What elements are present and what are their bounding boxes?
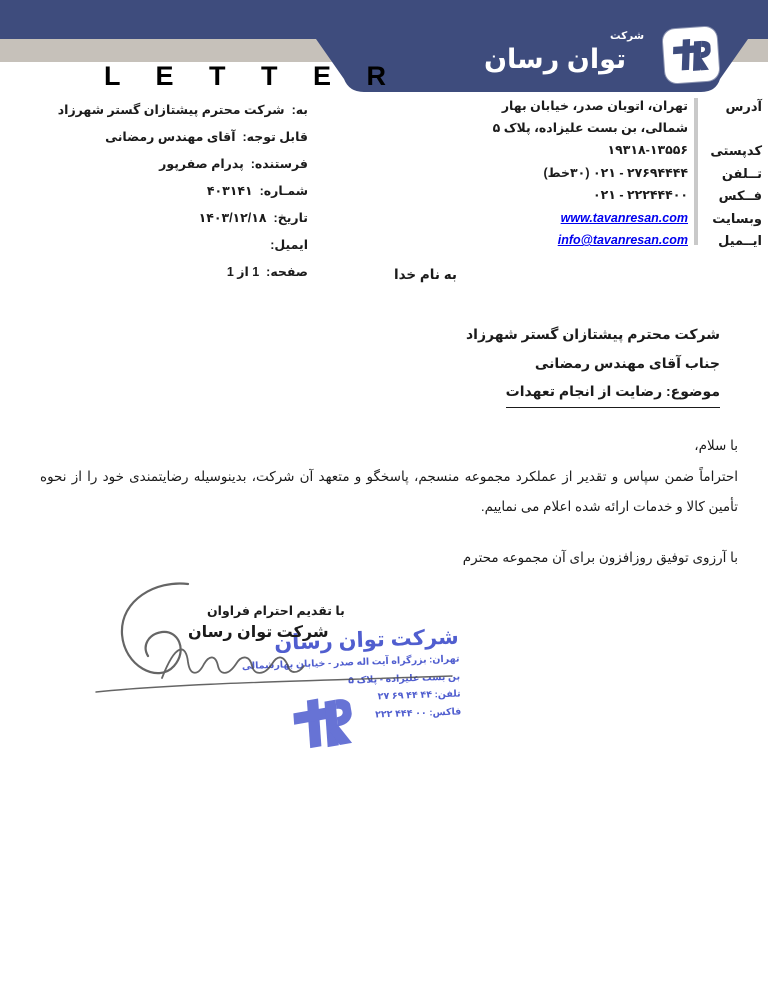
recipient-block: شرکت محترم پیشتازان گستر شهرزاد جناب آقا… <box>466 320 720 408</box>
meta-label: به: <box>292 97 308 124</box>
contact-label: تــلفن <box>704 163 762 185</box>
meta-label: قابل توجه: <box>243 124 309 151</box>
contact-row-website: وبسایت www.tavanresan.com <box>462 208 762 230</box>
logo-company-name: توان رسان <box>484 44 660 75</box>
signature-name-scribble <box>162 649 304 678</box>
subject-line: موضوع: رضایت از انجام تعهدات <box>466 377 720 408</box>
contact-label: کدپستی <box>704 140 762 162</box>
contact-value: ۲۲۲۴۴۴۰۰ - ۰۲۱ <box>492 185 688 207</box>
meta-value: ۱۴۰۳/۱۲/۱۸ <box>199 205 267 232</box>
contact-gap <box>688 230 704 252</box>
email-link[interactable]: info@tavanresan.com <box>558 233 688 247</box>
closing-text: با آرزوی توفیق روزافزون برای آن مجموعه م… <box>40 543 738 574</box>
meta-value: پدرام صفرپور <box>159 151 244 178</box>
meta-row-to: به: شرکت محترم پیشتازان گستر شهرزاد <box>18 97 308 124</box>
bismillah-text: به نام خدا <box>394 267 457 283</box>
signature-underline-stroke <box>96 676 452 692</box>
contact-row-fax: فــکس ۲۲۲۴۴۴۰۰ - ۰۲۱ <box>462 185 762 207</box>
letter-body: با سلام، احتراماً ضمن سپاس و تقدیر از عم… <box>40 431 738 573</box>
contact-gap <box>688 96 704 139</box>
meta-label: فرستنده: <box>251 151 308 178</box>
meta-label: ایمیل: <box>270 232 308 259</box>
tr-monogram-glyphs <box>670 33 713 78</box>
contact-value: ۲۷۶۹۴۴۴۴ - ۰۲۱ (۳۰خط) <box>492 163 688 185</box>
subject-text: موضوع: رضایت از انجام تعهدات <box>506 377 720 408</box>
body-paragraph: احتراماً ضمن سپاس و تقدیر از عملکرد مجمو… <box>40 462 738 523</box>
contact-row-postal: کدپستی ۱۹۳۱۸-۱۳۵۵۶ <box>462 140 762 162</box>
contact-gap <box>688 140 704 162</box>
meta-label: صفحه: <box>266 259 308 286</box>
meta-value: 1 از 1 <box>227 259 259 286</box>
meta-label: شمـاره: <box>260 178 308 205</box>
meta-row-sender: فرستنده: پدرام صفرپور <box>18 151 308 178</box>
contact-label: آدرس <box>704 96 762 139</box>
contact-gap <box>688 208 704 230</box>
logo-company-prefix: شرکت <box>596 30 658 42</box>
handwritten-signature <box>92 578 464 708</box>
recipient-person: جناب آقای مهندس رمضانی <box>466 349 720 378</box>
letter-title: L E T T E R <box>104 61 400 92</box>
contact-row-email: ایــمیل info@tavanresan.com <box>462 230 762 252</box>
contact-block: آدرس تهران، اتوبان صدر، خیابان بهار شمال… <box>462 96 762 253</box>
salutation-text: با سلام، <box>40 431 738 462</box>
meta-value: ۴۰۳۱۴۱ <box>207 178 253 205</box>
meta-value: آقای مهندس رمضانی <box>105 124 235 151</box>
contact-row-address: آدرس تهران، اتوبان صدر، خیابان بهار شمال… <box>462 96 762 139</box>
contact-gap <box>688 185 704 207</box>
meta-label: تاریخ: <box>274 205 308 232</box>
contact-gap <box>688 163 704 185</box>
meta-row-number: شمـاره: ۴۰۳۱۴۱ <box>18 178 308 205</box>
recipient-company: شرکت محترم پیشتازان گستر شهرزاد <box>466 320 720 349</box>
letter-page: { "brand": { "company_prefix": "شرکت", "… <box>0 0 768 981</box>
meta-row-date: تاریخ: ۱۴۰۳/۱۲/۱۸ <box>18 205 308 232</box>
contact-row-phone: تــلفن ۲۷۶۹۴۴۴۴ - ۰۲۱ (۳۰خط) <box>462 163 762 185</box>
contact-value: ۱۹۳۱۸-۱۳۵۵۶ <box>492 140 688 162</box>
letter-meta-block: به: شرکت محترم پیشتازان گستر شهرزاد قابل… <box>18 97 308 286</box>
contact-value: تهران، اتوبان صدر، خیابان بهار شمالی، بن… <box>492 96 688 139</box>
contact-label: وبسایت <box>704 208 762 230</box>
meta-row-email: ایمیل: <box>18 232 308 259</box>
website-link[interactable]: www.tavanresan.com <box>561 211 688 225</box>
tr-monogram-icon <box>662 26 720 84</box>
meta-value: شرکت محترم پیشتازان گستر شهرزاد <box>58 97 285 124</box>
contact-label: ایــمیل <box>704 230 762 252</box>
meta-row-attention: قابل توجه: آقای مهندس رمضانی <box>18 124 308 151</box>
meta-row-page: صفحه: 1 از 1 <box>18 259 308 286</box>
signature-loop <box>122 583 188 673</box>
contact-label: فــکس <box>704 185 762 207</box>
